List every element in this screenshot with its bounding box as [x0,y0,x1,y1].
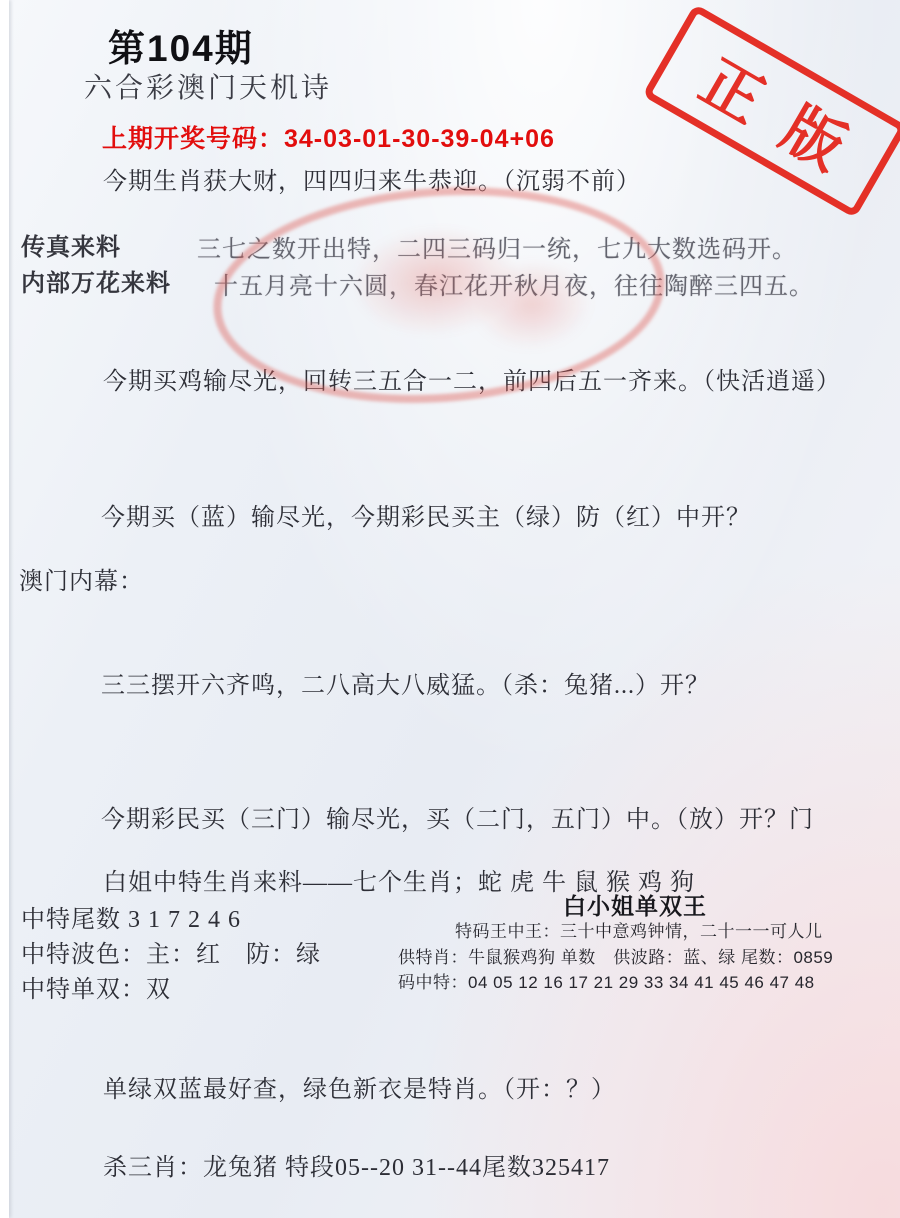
genuine-stamp-label: 正版 [657,18,892,203]
issue-title: 第104期 [108,18,254,72]
tip-three-kill: 杀三肖：龙兔猪 特段05--20 31--44尾数325417 [103,1147,610,1182]
tip-door: 今期彩民买（三门）输尽光，买（二门，五门）中。（放）开？门 [101,799,814,834]
stat-wave-color: 中特波色：主：红 防：绿 [21,934,321,969]
stat-odd-even: 中特单双：双 [21,969,171,1004]
tip-color: 今期买（蓝）输尽光，今期彩民买主（绿）防（红）中开？ [101,497,751,532]
internal-text: 十五月亮十六圆，春江花开秋月夜，往往陶醉三四五。 [214,266,814,301]
internal-label: 内部万花来料 [21,263,171,298]
tip-kill: 三三摆开六齐鸣，二八高大八威猛。（杀：兔猪...）开？ [101,665,710,700]
sheet-subtitle: 六合彩澳门天机诗 [84,66,332,106]
king-box-line3: 码中特：04 05 12 16 17 21 29 33 34 41 45 46 … [398,968,815,993]
fax-text: 三七之数开出特，二四三码归一统，七九大数选码开。 [197,229,797,264]
macau-inside-label: 澳门内幕： [19,561,144,596]
last-draw-numbers: 上期开奖号码：34-03-01-30-39-04+06 [102,119,555,155]
genuine-stamp: 正版 [642,4,900,219]
king-box-line2: 供特肖：牛鼠猴鸡狗 单数 供波路：蓝、绿 尾数：0859 [398,943,833,968]
king-box-line1: 特码王中王：三十中意鸡钟情，二十一一可人儿 [455,917,823,942]
tip-green: 单绿双蓝最好查，绿色新衣是特肖。（开：？） [103,1069,616,1104]
lottery-tip-sheet: 第104期 六合彩澳门天机诗 上期开奖号码：34-03-01-30-39-04+… [0,0,900,1218]
fax-label: 传真来料 [21,227,121,262]
stat-tail-numbers: 中特尾数 3 1 7 2 4 6 [21,899,241,934]
poem-main: 今期生肖获大财，四四归来牛恭迎。（沉弱不前） [103,161,641,196]
tip-rooster: 今期买鸡输尽光，回转三五合一二，前四后五一齐来。（快活逍遥） [103,361,841,396]
